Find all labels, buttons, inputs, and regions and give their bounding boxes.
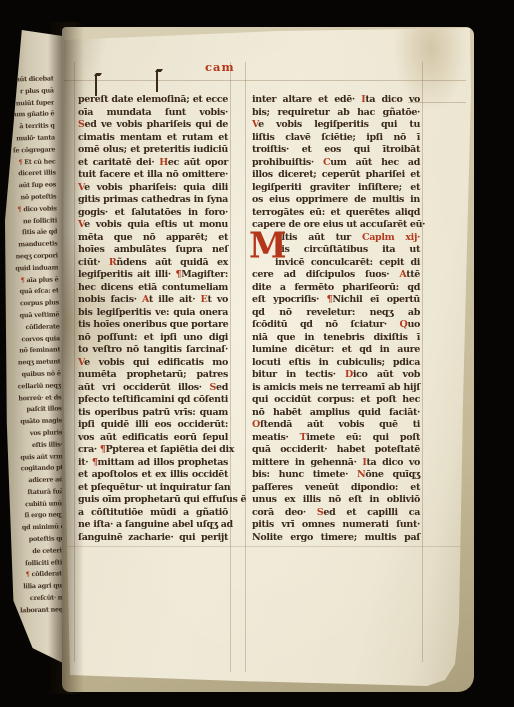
facing-page-line: nō poteſtis bbox=[2, 191, 56, 204]
facing-page-line: ſtaturā ſuā bbox=[9, 486, 63, 499]
manuscript-text-line: Sed ve vobis phariſeis qui de bbox=[78, 119, 228, 132]
facing-page-line: vos pluris bbox=[8, 427, 62, 440]
manuscript-text-line: Oſtendā aūt vobis quē ti bbox=[252, 419, 420, 432]
manuscript-photo: t aūt dicebatr plus quānuiūt ſuperum gña… bbox=[0, 0, 514, 707]
ruling-line-intercolumn-1 bbox=[230, 62, 231, 672]
manuscript-text-line: cere ad diſcipulos ſuos· Attē bbox=[252, 269, 420, 282]
manuscript-text-line: hec dicens etiā contumeliam bbox=[78, 282, 228, 295]
manuscript-text-line: cra· ¶Ppterea et ſapiētia dei dix bbox=[78, 444, 228, 457]
manuscript-text-line: meatis· Timete eū: qui poſt bbox=[252, 432, 420, 445]
manuscript-text-line: invicē conculcarēt: cepit di bbox=[275, 257, 420, 270]
manuscript-text-line: inter altare et edē· Ita dico vo bbox=[252, 94, 420, 107]
manuscript-text-line: unus ex illis nō eſt in obliviō bbox=[252, 494, 420, 507]
manuscript-text-line: qui occidūt corpus: et poſt hec bbox=[252, 394, 420, 407]
manuscript-text-line: legiſperiti graviter inſiſtere; et bbox=[252, 182, 420, 195]
manuscript-text-line: bis: hunc timete· Nōne quīqʒ bbox=[252, 469, 420, 482]
ruling-line-bottom bbox=[62, 546, 462, 547]
manuscript-text-line: paſſeres veneūt dipondio: et bbox=[252, 482, 420, 495]
facing-page-line: cōſiderate bbox=[5, 321, 59, 334]
manuscript-text-line: cimatis mentam et rutam et bbox=[78, 132, 228, 145]
facing-page-line: ¶ dico vobis bbox=[3, 203, 57, 216]
manuscript-text-line: ſcōditū qd nō ſciatur· Quo bbox=[252, 319, 420, 332]
facing-page-line: laborant neqʒ bbox=[12, 604, 66, 617]
chapter-initial: M bbox=[249, 226, 287, 266]
manuscript-text-line: ciūt· Rñdens aūt quidā ex bbox=[78, 257, 228, 270]
facing-page-line: mulō· tanta bbox=[1, 132, 55, 145]
manuscript-text-line: dite a fermēto phariſeorū: qd bbox=[252, 282, 420, 295]
ruling-line-intercolumn-2 bbox=[245, 62, 246, 672]
facing-page-edge: t aūt dicebatr plus quānuiūt ſuperum gña… bbox=[5, 30, 65, 664]
manuscript-text-line: tis operibus patrū vrīs: quam bbox=[78, 407, 228, 420]
manuscript-text-line: tis hoīes oneribus que portare bbox=[78, 319, 228, 332]
ascender-flag-icon bbox=[95, 74, 97, 96]
manuscript-text-line: mēta que nō apparēt; et bbox=[78, 232, 228, 245]
facing-page-line: eſtis illis· bbox=[8, 439, 62, 452]
manuscript-text-line: nō habēt amplius quid faciāt· bbox=[252, 407, 420, 420]
manuscript-text-line: gitis primas cathedras in ſyna bbox=[78, 194, 228, 207]
manuscript-text-line: tuit facere et illa nō omittere· bbox=[78, 169, 228, 182]
manuscript-text-line: ſanguinē zacharie· qui perijt bbox=[78, 532, 228, 545]
facing-page-text: t aūt dicebatr plus quānuiūt ſuperum gña… bbox=[0, 73, 67, 617]
manuscript-text-line: ultis aūt tur Caplm xij· bbox=[275, 232, 420, 245]
ruling-line-right-margin bbox=[422, 62, 423, 662]
manuscript-text-line: qd nō reveletur: neqʒ ab bbox=[252, 307, 420, 320]
manuscript-text-line: pfecto teſtificamini qd cōſenti bbox=[78, 394, 228, 407]
manuscript-text-line: aūt vri occiderūt illos· Sed bbox=[78, 382, 228, 395]
manuscript-text-line: mittere in gehennā· Ita dico vo bbox=[252, 457, 420, 470]
manuscript-text-line: to veſtro nō tangitis ſarcinaſ· bbox=[78, 344, 228, 357]
manuscript-text-line: numēta prophetarū; patres bbox=[78, 369, 228, 382]
manuscript-text-line: legiſperitis ait illi· ¶Magiſter: bbox=[78, 269, 228, 282]
manuscript-text-line: troiſtis· et eos qui ītroibāt bbox=[252, 144, 420, 157]
ruling-line-top bbox=[62, 80, 466, 81]
manuscript-text-line: omē olus; et preteritis iudiciū bbox=[78, 144, 228, 157]
manuscript-text-line: pitis vrī omnes numerati ſunt· bbox=[252, 519, 420, 532]
manuscript-text-line: et apoſtolos et ex illis occidēt bbox=[78, 469, 228, 482]
manuscript-text-line: pereſt date elemoſinā; et ecce bbox=[78, 94, 228, 107]
facing-page-line: r plus quā bbox=[0, 85, 54, 98]
manuscript-text-line: Nolite ergo timere; multis paſ bbox=[252, 532, 420, 545]
manuscript-text-line: quā occiderit· habet poteſtatē bbox=[252, 444, 420, 457]
manuscript-text-line: nō poſſunt: et ipſi uno digi bbox=[78, 332, 228, 345]
manuscript-text-line: oīa mundata ſunt vobis· bbox=[78, 107, 228, 120]
facing-page-line: cellariū neqʒ bbox=[7, 380, 61, 393]
running-title: cam bbox=[205, 60, 235, 74]
manuscript-text-line: ipſi quidē illi eos occiderūt: bbox=[78, 419, 228, 432]
manuscript-text-line: nobis facis· At ille ait· Et vo bbox=[78, 294, 228, 307]
manuscript-text-line: lumine dicētur: et qd in aure bbox=[252, 344, 420, 357]
manuscript-text-line: is amicis meis ne terreamī ab hijſ bbox=[252, 382, 420, 395]
manuscript-text-line: Ve vobis legiſperitis qui tu bbox=[252, 119, 420, 132]
manuscript-text-line: terrogātes eū: et querētes aliqd bbox=[252, 207, 420, 220]
manuscript-text-line: niā que in tenebris dixiſtis ī bbox=[252, 332, 420, 345]
facing-page-line: neqʒ corpori bbox=[4, 250, 58, 263]
facing-page-line: de ceteris bbox=[11, 545, 65, 558]
facing-page-line: quā veſtimē bbox=[5, 309, 59, 322]
manuscript-text-line: et pſequētur· ut inquiratur ſan bbox=[78, 482, 228, 495]
facing-page-line: ſe cōgregare bbox=[1, 144, 55, 157]
manuscript-text-line: bitur in tectis· Dico aūt vob bbox=[252, 369, 420, 382]
facing-page-line: quid induam bbox=[4, 262, 58, 275]
manuscript-text-line: gogis· et ſalutatōes in foro· bbox=[78, 207, 228, 220]
ascender-flag-icon bbox=[156, 70, 158, 92]
text-column-right: inter altare et edē· Ita dico vobis; req… bbox=[252, 94, 420, 544]
facing-page-line: quibus nō ē bbox=[7, 368, 61, 381]
manuscript-text-line: corā deo· Sed et capilli ca bbox=[252, 507, 420, 520]
manuscript-text-line: et caritatē dei· Hec aūt opor bbox=[78, 157, 228, 170]
manuscript-text-line: Ve vobis quia eſtis ut monu bbox=[78, 219, 228, 232]
manuscript-text-line: Ve vobis phariſeis: quia dili bbox=[78, 182, 228, 195]
manuscript-text-line: bis legiſperitis ve: quia onera bbox=[78, 307, 228, 320]
manuscript-text-line: liſtis clavē ſciētie; ipſi nō ī bbox=[252, 132, 420, 145]
manuscript-text-line: ne iſta· a ſanguine abel uſqʒ ad bbox=[78, 519, 228, 532]
manuscript-text-line: os eius opprimere de multis in bbox=[252, 194, 420, 207]
manuscript-text-line: it· ¶mittam ad illos prophetas bbox=[78, 457, 228, 470]
ruling-line-left-margin bbox=[74, 62, 75, 662]
manuscript-text-line: Ve vobis qui edificatis mo bbox=[78, 357, 228, 370]
manuscript-text-line: bis circūſtātibus ita ut bbox=[275, 244, 420, 257]
text-column-left: pereſt date elemoſinā; et ecceoīa mundat… bbox=[78, 94, 228, 544]
manuscript-text-line: locuti eſtis in cubiculis; pdica bbox=[252, 357, 420, 370]
manuscript-page: cam pereſt date elemoſinā; et ecceoīa mu… bbox=[58, 22, 472, 690]
manuscript-text-line: bis; requiretur ab hac gñatōe· bbox=[252, 107, 420, 120]
manuscript-text-line: illos diceret; ceperūt phariſei et bbox=[252, 169, 420, 182]
manuscript-text-line: vos aūt edificatis eorū ſepul bbox=[78, 432, 228, 445]
manuscript-text-line: eſt ypocriſis· ¶Nichil eī opertū bbox=[252, 294, 420, 307]
manuscript-text-line: a cōſtitutiōe mūdi a gñatiō bbox=[78, 507, 228, 520]
facing-page-line: t aūt dicebat bbox=[0, 73, 54, 86]
manuscript-text-line: guis oīm prophetarū qui effuſus ē bbox=[78, 494, 228, 507]
manuscript-text-line: hoīes ambulātes ſupra neſ bbox=[78, 244, 228, 257]
manuscript-text-line: prohibuiſtis· Cum aūt hec ad bbox=[252, 157, 420, 170]
